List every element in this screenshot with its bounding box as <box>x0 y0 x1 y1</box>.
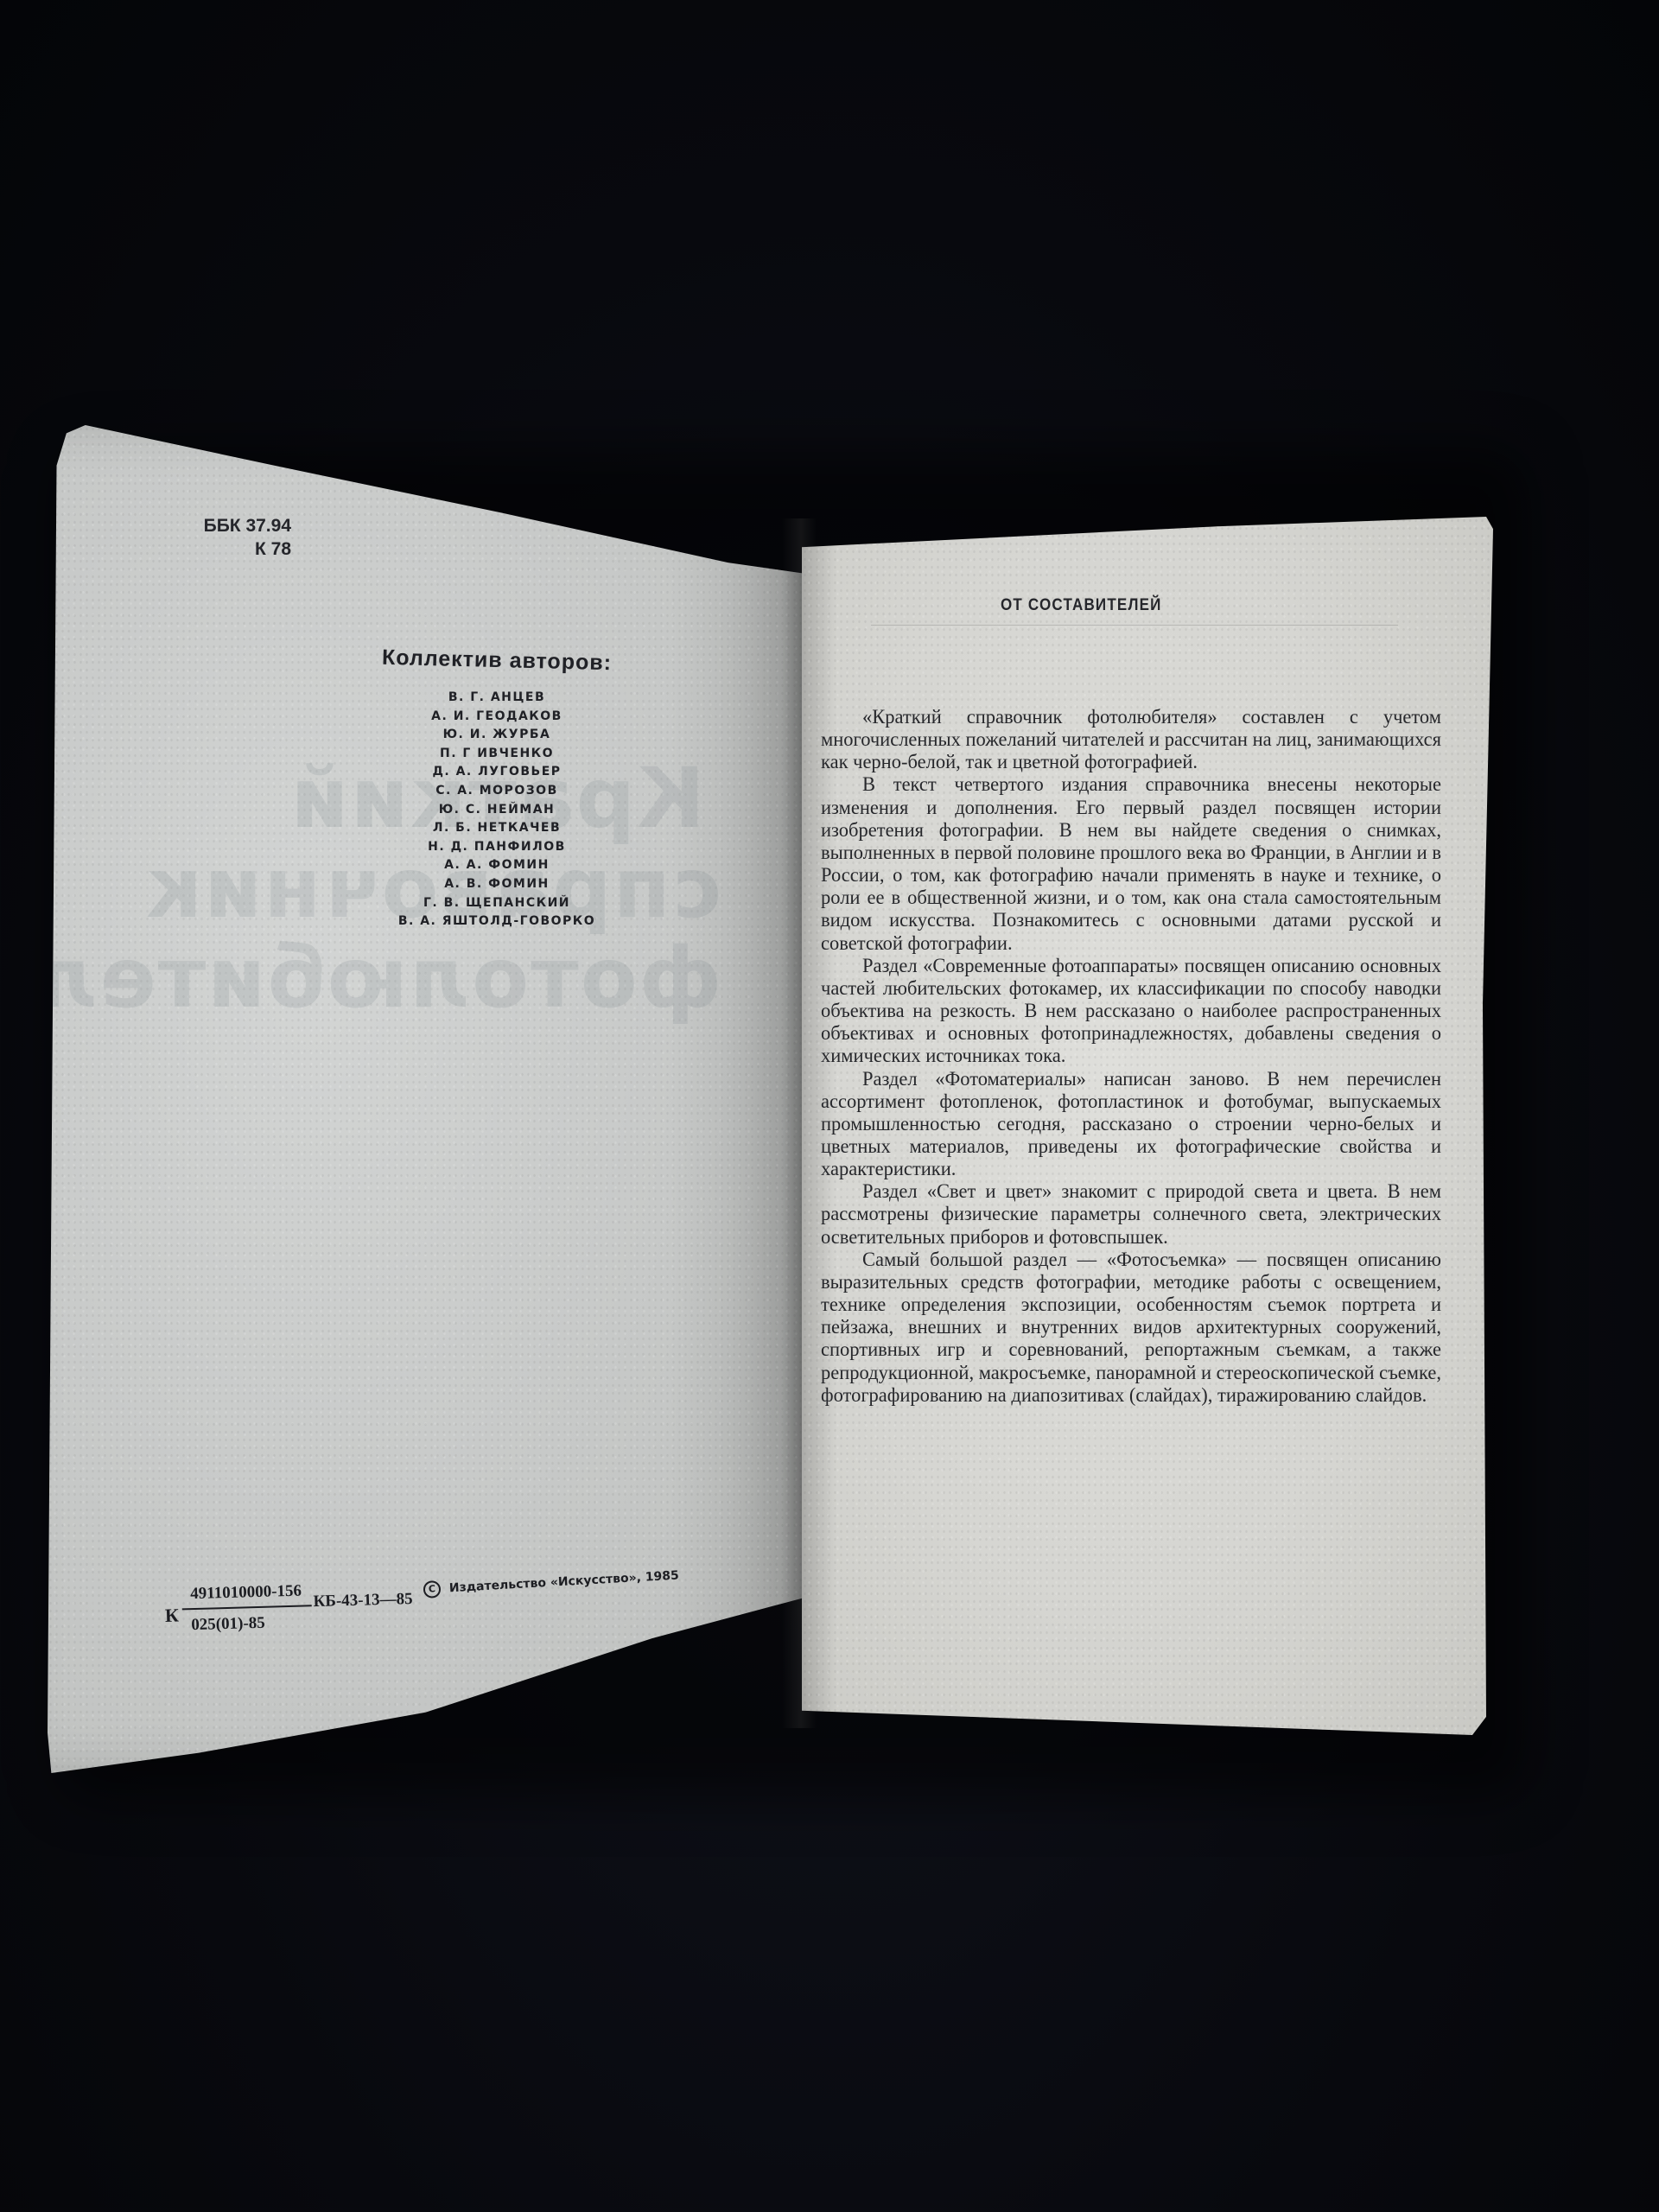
paragraph: Раздел «Современные фотоаппараты» посвящ… <box>821 954 1441 1067</box>
author-mark: К 78 <box>173 537 291 561</box>
author-item: В. Г. АНЦЕВ <box>341 689 652 708</box>
paragraph: «Краткий справочник фотолюбителя» состав… <box>821 705 1441 772</box>
author-item: Ю. С. НЕЙМАН <box>341 801 652 820</box>
imprint-numerator: 4911010000-156 <box>190 1582 302 1605</box>
author-item: Ю. И. ЖУРБА <box>341 726 652 745</box>
author-item: С. А. МОРОЗОВ <box>341 782 652 801</box>
authors-list: В. Г. АНЦЕВ А. И. ГЕОДАКОВ Ю. И. ЖУРБА П… <box>341 689 652 931</box>
foreword-body: «Краткий справочник фотолюбителя» состав… <box>821 705 1441 1406</box>
author-item: Д. А. ЛУГОВЬЕР <box>341 763 652 782</box>
copyright-icon: C <box>423 1580 441 1599</box>
right-page: ОТ СОСТАВИТЕЛЕЙ «Краткий справочник фото… <box>802 517 1493 1735</box>
left-page: Краткий справочник фотолюбителя <box>48 425 804 1773</box>
paragraph: В текст четвертого издания справочника в… <box>821 772 1441 953</box>
classification-codes: ББК 37.94 К 78 <box>173 514 291 561</box>
paragraph: Самый большой раздел — «Фотосъемка» — по… <box>821 1248 1441 1406</box>
author-item: Л. Б. НЕТКАЧЕВ <box>341 819 652 838</box>
imprint-denominator: 025(01)-85 <box>191 1614 265 1635</box>
author-item: В. А. ЯШТОЛД-ГОВОРКО <box>341 912 652 931</box>
authors-block: Коллектив авторов: В. Г. АНЦЕВ А. И. ГЕО… <box>341 648 652 931</box>
author-item: П. Г ИВЧЕНКО <box>341 745 652 764</box>
chapter-title: ОТ СОСТАВИТЕЛЕЙ <box>880 595 1493 615</box>
authors-heading: Коллектив авторов: <box>341 645 653 677</box>
imprint-series-code: КБ-43-13—85 <box>313 1590 413 1611</box>
paper-texture <box>48 425 804 1773</box>
paragraph: Раздел «Фотоматериалы» написан заново. В… <box>821 1067 1441 1180</box>
author-item: А. А. ФОМИН <box>341 856 652 875</box>
author-item: А. В. ФОМИН <box>341 875 652 894</box>
author-item: А. И. ГЕОДАКОВ <box>341 708 652 727</box>
imprint-letter: К <box>165 1605 180 1627</box>
paragraph: Раздел «Свет и цвет» знакомит с природой… <box>821 1179 1441 1247</box>
bbk-code: ББК 37.94 <box>173 514 291 537</box>
author-item: Н. Д. ПАНФИЛОВ <box>341 838 652 857</box>
chapter-divider <box>871 625 1398 626</box>
author-item: Г. В. ЩЕПАНСКИЙ <box>341 894 652 913</box>
